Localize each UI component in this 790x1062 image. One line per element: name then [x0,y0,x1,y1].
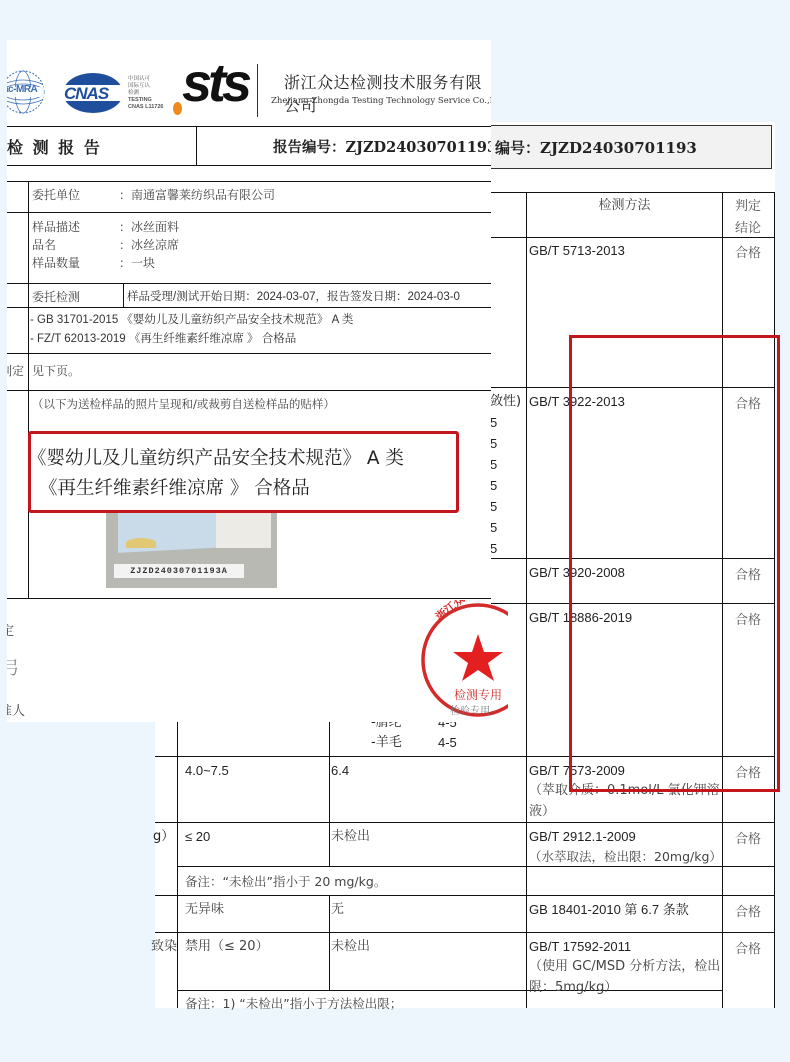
product-name-value: ：冰丝凉席 [119,236,179,253]
sample-photo: ZJZD24030701193A [106,502,277,588]
quantity-value: ：一块 [119,254,155,271]
sample-desc-label: 样品描述 [32,218,80,235]
sub-item-label: -羊毛 [371,732,402,753]
standards-callout: 《婴幼儿及儿童纺织产品安全技术规范》 A 类 《再生纤维素纤维凉席 》 合格品 [28,431,459,513]
standard-2: - FZ/T 62013-2019 《再生纤维素纤维凉席 》 合格品 [30,330,296,346]
verdict-cell: 合格 [728,242,768,261]
test-dates: 样品受理/测试开始日期：2024-03-07，报告签发日期：2024-03-0 [127,288,460,304]
grade-value: 5 [490,517,497,538]
sample-desc-value: ：冰丝面料 [119,218,179,235]
report-title-bar: 检 测 报 告 报告编号：ZJZD24030701193 [7,126,491,166]
company-name-cn: 浙江众达检测技术服务有限公司 [284,70,491,116]
requirement-cell: 4.0~7.5 [185,760,229,781]
logo-divider [257,64,258,117]
column-header-verdict-2: 结论 [728,217,768,236]
header-logos: ac-MRA CNAS 中国认可 国际互认 检测 TESTING CNAS L1… [7,40,491,125]
sub-item-value: 4-5 [438,732,457,753]
client-value: ：南通富馨莱纺织品有限公司 [119,186,275,203]
partial-label: 致染 [151,936,177,957]
verdict-cell: 合格 [728,828,768,847]
quantity-label: 样品数量 [32,254,80,271]
report-title: 检 测 报 告 [7,135,102,158]
note-text: 备注：1) “未检出”指小于方法检出限； [185,993,402,1014]
method-note: （水萃取法，检出限：20mg/kg） [529,846,722,867]
cnas-accreditation-text: 中国认可 国际互认 检测 TESTING CNAS L11726 [128,76,163,111]
requirement-cell: 禁用（≤ 20） [185,936,269,957]
grade-value: 5 [490,412,497,433]
standard-1: - GB 31701-2015 《婴幼儿及儿童纺织产品安全技术规范》 A 类 [30,311,353,327]
sts-orange-dot [173,102,182,115]
official-stamp: 浙江众达检测技术 检测专用 检验专用 [418,600,508,720]
cnas-logo: CNAS [62,72,124,114]
signature-fragment: 弓 [7,654,19,680]
partial-label: g） [153,826,174,847]
result-cell: 无 [331,899,344,920]
verdict-cell: 合格 [728,901,768,920]
requirement-cell: ≤ 20 [185,826,210,847]
method-cell: GB/T 5713-2013 [529,240,625,261]
method-note: （使用 GC/MSD 分析方法，检出限：5mg/kg） [529,956,721,998]
highlight-box-results [569,335,780,792]
ilac-mra-logo: ac-MRA [7,68,47,116]
result-cell: 未检出 [331,826,370,847]
result-cell: 6.4 [331,760,349,781]
report-number: 报告编号：ZJZD24030701193 [273,136,491,157]
note-text: 备注：“未检出”指小于 20 mg/kg。 [185,871,386,892]
product-name-label: 品名 [32,236,56,253]
partial-label: 敛性) [490,391,521,412]
grade-value: 5 [490,496,497,517]
judgement-value: 见下页。 [32,362,80,379]
callout-line-2: 《再生纤维素纤维凉席 》 合格品 [39,474,310,500]
column-header-method: 检测方法 [527,195,722,216]
column-header-verdict-1: 判定 [728,195,768,214]
verdict-cell: 合格 [728,938,768,957]
judgement-label: 判定 [7,362,24,379]
grade-value: 5 [490,475,497,496]
method-cell: GB/T 2912.1-2009 [529,826,636,847]
grade-value: 5 [490,454,497,475]
method-cell: GB/T 17592-2011 [529,936,631,957]
report-number-header: 编号：ZJZD24030701193 [490,125,772,169]
company-name-en: Zhejiang Zhongda Testing Technology Serv… [271,96,491,106]
method-cell: GB 18401-2010 第 6.7 条款 [529,899,689,920]
requirement-cell: 无异味 [185,899,224,920]
result-cell: 未检出 [331,936,370,957]
clipped-text: 定 [7,620,14,639]
grade-value: 5 [490,538,497,559]
sample-tag: ZJZD24030701193A [114,564,244,578]
title-divider [196,127,197,165]
client-label: 委托单位 [32,186,80,203]
sts-logo: sts [182,50,248,116]
photo-caption: （以下为送检样品的照片呈现和/或裁剪自送检样品的贴样） [32,396,335,412]
grade-value: 5 [490,433,497,454]
commission-label: 委托检测 [32,288,80,305]
callout-line-1: 《婴幼儿及儿童纺织产品安全技术规范》 A 类 [28,444,404,470]
clipped-text: 准人 [7,700,25,719]
